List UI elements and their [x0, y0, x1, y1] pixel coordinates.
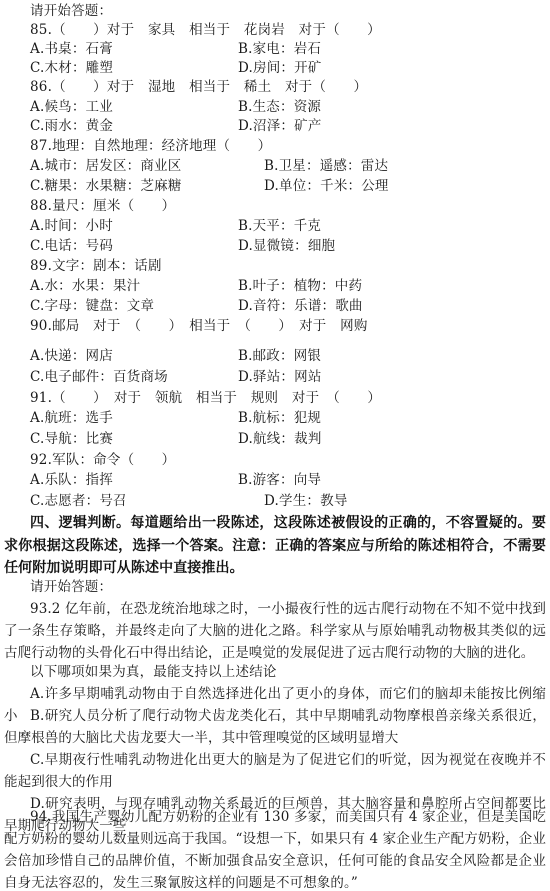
question-91-option-d[interactable]: D.航线：裁判: [238, 430, 322, 449]
question-86-option-d[interactable]: D.沼泽：矿产: [238, 117, 322, 136]
question-85-option-a[interactable]: A.书桌：石膏: [30, 40, 113, 59]
question-86-option-b[interactable]: B.生态：资源: [238, 98, 321, 117]
question-88-option-a[interactable]: A.时间：小时: [30, 217, 113, 236]
question-87-option-a[interactable]: A.城市：居发区：商业区: [30, 157, 181, 176]
question-90-option-a[interactable]: A.快递：网店: [30, 347, 113, 366]
question-87-option-c[interactable]: C.糖果：水果糖：芝麻糖: [30, 177, 182, 196]
question-88-stem: 88.量尺：厘米（ ）: [30, 197, 175, 216]
question-91-option-b[interactable]: B.航标：犯规: [238, 409, 321, 428]
question-90-option-c[interactable]: C.电子邮件：百货商场: [30, 368, 168, 387]
question-85-stem: 85.（ ）对于 家具 相当于 花岗岩 对于（ ）: [30, 21, 381, 40]
question-85-option-c[interactable]: C.木材：雕塑: [30, 59, 113, 78]
question-85-option-b[interactable]: B.家电：岩石: [238, 40, 321, 59]
question-87-stem: 87.地理：自然地理：经济地理（ ）: [30, 137, 271, 156]
question-90-stem: 90.邮局 对于 （ ） 相当于 （ ） 对于 网购: [30, 317, 368, 336]
question-91-option-a[interactable]: A.航班：选手: [30, 409, 113, 428]
question-85-option-d[interactable]: D.房间：开矿: [238, 59, 322, 78]
question-93-prompt: 以下哪项如果为真，最能支持以上述结论: [30, 663, 277, 682]
question-91-option-c[interactable]: C.导航：比赛: [30, 430, 113, 449]
question-92-option-a[interactable]: A.乐队：指挥: [30, 471, 113, 490]
question-90-option-b[interactable]: B.邮政：网银: [238, 347, 321, 366]
question-89-stem: 89.文字：剧本：话剧: [30, 257, 162, 276]
question-93-option-b[interactable]: B.研究人员分析了爬行动物犬齿龙类化石，其中早期哺乳动物摩根兽亲缘关系很近，但摩…: [4, 705, 546, 749]
question-86-stem: 86.（ ）对于 湿地 相当于 稀土 对于（ ）: [30, 78, 367, 97]
question-92-option-d[interactable]: D.学生：教导: [264, 492, 348, 511]
question-93-option-c[interactable]: C.早期夜行性哺乳动物进化出更大的脑是为了促进它们的听觉，因为视觉在夜晚并不能起…: [4, 749, 546, 793]
start-prompt: 请开始答题：: [30, 2, 112, 21]
section-4-heading: 四、逻辑判断。每道题给出一段陈述，这段陈述被假设的正确的，不容置疑的。要求你根据…: [4, 512, 546, 580]
question-94-stem: 94.我国生产婴幼儿配方奶粉的企业有 130 多家，而美国只有 4 家企业，但是…: [4, 806, 546, 891]
question-88-option-b[interactable]: B.天平：千克: [238, 217, 321, 236]
question-92-option-b[interactable]: B.游客：向导: [238, 471, 321, 490]
question-89-option-d[interactable]: D.音符：乐谱：歌曲: [238, 297, 363, 316]
question-92-option-c[interactable]: C.志愿者：号召: [30, 492, 127, 511]
question-88-option-c[interactable]: C.电话：号码: [30, 237, 113, 256]
question-93-stem: 93.2 亿年前，在恐龙统治地球之时，一小撮夜行性的远古爬行动物在不知不觉中找到…: [4, 598, 546, 664]
question-86-option-a[interactable]: A.候鸟：工业: [30, 98, 113, 117]
question-86-option-c[interactable]: C.雨水：黄金: [30, 117, 113, 136]
question-91-stem: 91.（ ） 对于 领航 相当于 规则 对于 （ ）: [30, 389, 381, 408]
question-90-option-d[interactable]: D.驿站：网站: [238, 368, 322, 387]
question-89-option-a[interactable]: A.水：水果：果汁: [30, 277, 140, 296]
question-89-option-b[interactable]: B.叶子：植物：中药: [238, 277, 362, 296]
question-88-option-d[interactable]: D.显微镜：细胞: [238, 237, 335, 256]
exam-page: 请开始答题： 85.（ ）对于 家具 相当于 花岗岩 对于（ ） A.书桌：石膏…: [0, 0, 550, 891]
start-prompt-section-4: 请开始答题：: [30, 578, 112, 597]
question-89-option-c[interactable]: C.字母：键盘：文章: [30, 297, 154, 316]
question-92-stem: 92.军队：命令（ ）: [30, 451, 175, 470]
question-87-option-d[interactable]: D.单位：千米：公理: [264, 177, 389, 196]
question-87-option-b[interactable]: B.卫星：遥感：雷达: [264, 157, 388, 176]
